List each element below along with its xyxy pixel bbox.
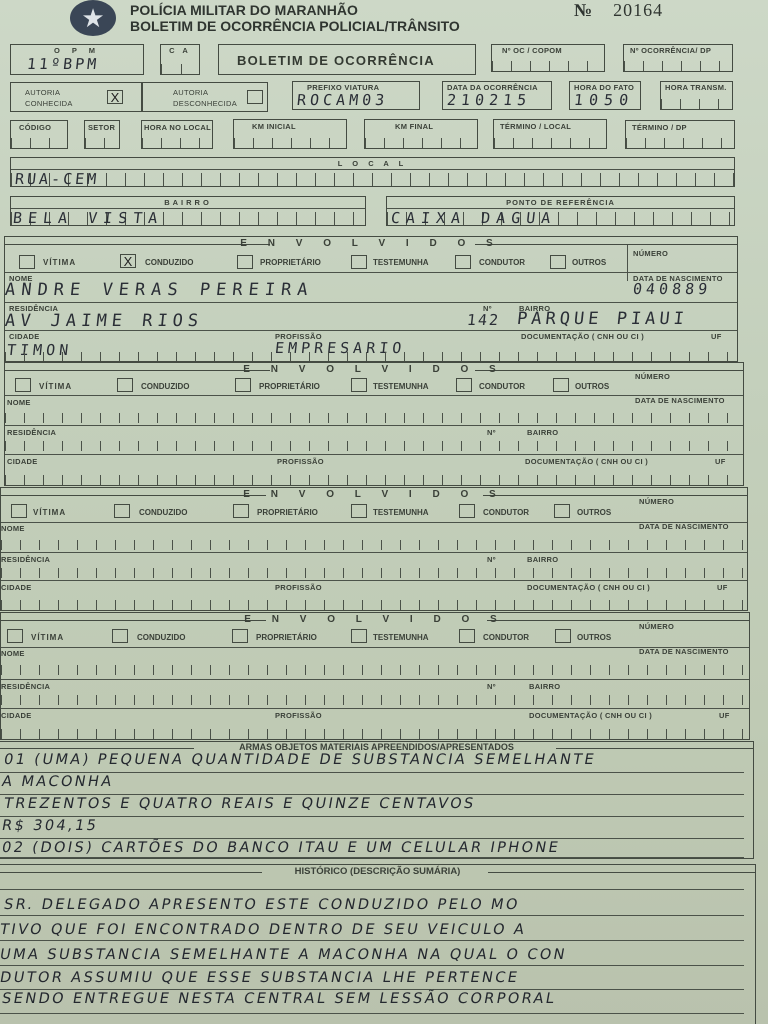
envolvido-2-section: E N V O L V I D O S VÍTIMA CONDUZIDO PRO… — [4, 362, 744, 486]
condutor-label: CONDUTOR — [479, 258, 525, 267]
local-value: RUA-CEM — [14, 170, 100, 188]
profissao-label: PROFISSÃO — [275, 583, 322, 592]
conduzido-label: CONDUZIDO — [145, 258, 193, 267]
numero-value: 142 — [466, 311, 501, 329]
armas-line: 02 (DOIS) CARTÕES DO BANCO ITAU E UM CEL… — [1, 840, 562, 856]
vitima-label: VÍTIMA — [39, 382, 72, 391]
data-nascimento-label: DATA DE NASCIMENTO — [639, 522, 729, 531]
hora-fato-value: 1050 — [573, 91, 635, 109]
numero-label: NÚMERO — [633, 249, 668, 258]
testemunha-label: TESTEMUNHA — [373, 382, 429, 391]
profissao-label: PROFISSÃO — [275, 711, 322, 720]
vitima-label: VÍTIMA — [31, 633, 64, 642]
nome-value: ANDRE VERAS PEREIRA — [4, 280, 315, 300]
envolvidos-title: E N V O L V I D O S — [5, 364, 743, 375]
historico-section: HISTÓRICO (DESCRIÇÃO SUMÁRIA) SR. DELEGA… — [0, 864, 756, 1024]
oc-copom-field[interactable]: Nº OC / COPOM — [491, 44, 605, 72]
outros-checkbox[interactable] — [550, 255, 566, 269]
nome-label: NOME — [1, 649, 25, 658]
form-name: BOLETIM DE OCORRÊNCIA POLICIAL/TRÂNSITO — [130, 18, 460, 34]
ponto-referencia-field[interactable]: PONTO DE REFERÊNCIA CAIXA DAGUA — [386, 196, 735, 226]
codigo-label: CÓDIGO — [19, 123, 51, 132]
hora-fato-field[interactable]: HORA DO FATO 1050 — [569, 81, 641, 110]
nome-label: NOME — [1, 524, 25, 533]
bairro-label: BAIRRO — [529, 682, 560, 691]
bairro-label: BAIRRO — [11, 198, 365, 207]
numero-residencia-label: Nº — [487, 682, 496, 691]
condutor-label: CONDUTOR — [479, 382, 525, 391]
vitima-checkbox[interactable] — [11, 504, 27, 518]
checkbox-mark: X — [111, 90, 120, 105]
residencia-label: RESIDÊNCIA — [1, 682, 50, 691]
documentacao-label: DOCUMENTAÇÃO ( CNH OU CI ) — [525, 457, 648, 466]
termino-dp-label: TÉRMINO / DP — [632, 123, 687, 132]
numero-residencia-label: Nº — [487, 555, 496, 564]
historico-line: SENDO ENTREGUE NESTA CENTRAL SEM LESSÃO … — [1, 991, 558, 1007]
condutor-checkbox[interactable] — [459, 629, 475, 643]
ca-field[interactable]: C A — [160, 44, 200, 75]
condutor-checkbox[interactable] — [455, 255, 471, 269]
numero-residencia-label: Nº — [487, 428, 496, 437]
outros-label: OUTROS — [575, 382, 609, 391]
uf-label: UF — [717, 583, 728, 592]
header-title: POLÍCIA MILITAR DO MARANHÃO BOLETIM DE O… — [130, 2, 460, 34]
opm-value: 11ºBPM — [26, 55, 100, 73]
outros-checkbox[interactable] — [553, 378, 569, 392]
conduzido-checkbox[interactable]: X — [120, 254, 136, 268]
armas-line: A MACONHA — [1, 774, 115, 790]
envolvido-4-section: E N V O L V I D O S VÍTIMA CONDUZIDO PRO… — [0, 612, 750, 740]
form-title: BOLETIM DE OCORRÊNCIA — [237, 53, 435, 68]
conduzido-checkbox[interactable] — [114, 504, 130, 518]
outros-checkbox[interactable] — [554, 504, 570, 518]
historico-line: UMA SUBSTANCIA SEMELHANTE A MACONHA NA Q… — [0, 947, 568, 963]
vitima-label: VÍTIMA — [33, 508, 66, 517]
bairro-label: BAIRRO — [527, 428, 558, 437]
numero-label: NÚMERO — [635, 372, 670, 381]
proprietario-label: PROPRIETÁRIO — [256, 633, 317, 642]
cidade-label: CIDADE — [7, 457, 38, 466]
termino-dp-field[interactable]: TÉRMINO / DP — [625, 120, 735, 149]
prefixo-viatura-field[interactable]: PREFIXO VIATURA ROCAM03 — [292, 81, 420, 110]
opm-field[interactable]: O P M 11ºBPM — [10, 44, 144, 75]
armas-title: ARMAS OBJETOS MATERIAIS APREENDIDOS/APRE… — [0, 742, 753, 752]
hora-transm-label: HORA TRANSM. — [665, 83, 727, 92]
outros-label: OUTROS — [572, 258, 606, 267]
testemunha-checkbox[interactable] — [351, 378, 367, 392]
referencia-label: PONTO DE REFERÊNCIA — [387, 198, 734, 207]
uf-label: UF — [719, 711, 730, 720]
bairro-field[interactable]: BAIRRO BELA VISTA — [10, 196, 366, 226]
proprietario-checkbox[interactable] — [232, 629, 248, 643]
uf-label: UF — [715, 457, 726, 466]
setor-field[interactable]: SETOR — [84, 120, 120, 149]
numero-label: NÚMERO — [639, 497, 674, 506]
autoria-desconhecida-label: AUTORIA DESCONHECIDA — [173, 87, 243, 109]
km-inicial-label: KM INICIAL — [252, 122, 296, 131]
documentacao-label: DOCUMENTAÇÃO ( CNH OU CI ) — [527, 583, 650, 592]
data-ocorrencia-field[interactable]: DATA DA OCORRÊNCIA 210215 — [442, 81, 552, 110]
ca-label: C A — [161, 46, 199, 55]
opm-label: O P M — [11, 46, 143, 55]
vitima-checkbox[interactable] — [19, 255, 35, 269]
form-title-box: BOLETIM DE OCORRÊNCIA — [218, 44, 476, 75]
documentacao-label: DOCUMENTAÇÃO ( CNH OU CI ) — [521, 332, 644, 341]
conduzido-label: CONDUZIDO — [141, 382, 189, 391]
hora-local-field[interactable]: HORA NO LOCAL — [141, 120, 213, 149]
vitima-checkbox[interactable] — [15, 378, 31, 392]
prefixo-viatura-value: ROCAM03 — [296, 91, 389, 109]
conduzido-label: CONDUZIDO — [137, 633, 185, 642]
proprietario-label: PROPRIETÁRIO — [257, 508, 318, 517]
condutor-checkbox[interactable] — [456, 378, 472, 392]
testemunha-checkbox[interactable] — [351, 504, 367, 518]
form-number-value: 20164 — [613, 0, 663, 20]
ocorrencia-dp-field[interactable]: Nº OCORRÊNCIA/ DP — [623, 44, 733, 72]
conduzido-label: CONDUZIDO — [139, 508, 187, 517]
autoria-desconhecida-field[interactable]: AUTORIA DESCONHECIDA — [142, 82, 268, 112]
autoria-desconhecida-checkbox[interactable] — [247, 90, 263, 104]
testemunha-label: TESTEMUNHA — [373, 508, 429, 517]
cidade-label: CIDADE — [1, 711, 32, 720]
bairro-label: BAIRRO — [527, 555, 558, 564]
org-name: POLÍCIA MILITAR DO MARANHÃO — [130, 2, 460, 18]
numero-label: NÚMERO — [639, 622, 674, 631]
vitima-checkbox[interactable] — [7, 629, 23, 643]
data-ocorrencia-value: 210215 — [446, 91, 532, 109]
historico-line: TIVO QUE FOI ENCONTRADO DENTRO DE SEU VE… — [0, 922, 528, 938]
conduzido-checkbox[interactable] — [112, 629, 128, 643]
testemunha-checkbox[interactable] — [351, 629, 367, 643]
police-report-form: ★ POLÍCIA MILITAR DO MARANHÃO BOLETIM DE… — [0, 0, 768, 1024]
km-inicial-field[interactable]: KM INICIAL — [233, 119, 347, 149]
outros-label: OUTROS — [577, 508, 611, 517]
oc-copom-label: Nº OC / COPOM — [502, 46, 562, 55]
data-nascimento-value: 040889 — [632, 280, 712, 298]
testemunha-label: TESTEMUNHA — [373, 258, 429, 267]
proprietario-checkbox[interactable] — [237, 255, 253, 269]
star-badge-icon: ★ — [70, 0, 116, 36]
residencia-label: RESIDÊNCIA — [7, 428, 56, 437]
cidade-label: CIDADE — [9, 332, 40, 341]
autoria-conhecida-label: AUTORIA CONHECIDA — [25, 87, 85, 109]
cidade-label: CIDADE — [1, 583, 32, 592]
testemunha-checkbox[interactable] — [351, 255, 367, 269]
proprietario-label: PROPRIETÁRIO — [259, 382, 320, 391]
termino-local-field[interactable]: TÉRMINO / LOCAL — [493, 119, 607, 149]
proprietario-label: PROPRIETÁRIO — [260, 258, 321, 267]
km-final-label: KM FINAL — [395, 122, 433, 131]
condutor-checkbox[interactable] — [459, 504, 475, 518]
armas-line: TREZENTOS E QUATRO REAIS E QUINZE CENTAV… — [3, 796, 477, 812]
codigo-field[interactable]: CÓDIGO — [10, 120, 68, 149]
documentacao-label: DOCUMENTAÇÃO ( CNH OU CI ) — [529, 711, 652, 720]
hora-local-label: HORA NO LOCAL — [144, 123, 211, 132]
armas-line: 01 (UMA) PEQUENA QUANTIDADE DE SUBSTANCI… — [3, 752, 598, 768]
testemunha-label: TESTEMUNHA — [373, 633, 429, 642]
checkbox-mark: X — [124, 254, 133, 269]
proprietario-checkbox[interactable] — [233, 504, 249, 518]
local-label: L O C A L — [11, 159, 734, 168]
uf-label: UF — [711, 332, 722, 341]
proprietario-checkbox[interactable] — [235, 378, 251, 392]
autoria-conhecida-checkbox[interactable]: X — [107, 90, 123, 104]
residencia-label: RESIDÊNCIA — [1, 555, 50, 564]
bairro-value: BELA VISTA — [12, 209, 164, 227]
condutor-label: CONDUTOR — [483, 633, 529, 642]
residencia-value: AV JAIME RIOS — [4, 311, 204, 331]
envolvido-3-section: E N V O L V I D O S VÍTIMA CONDUZIDO PRO… — [0, 487, 748, 611]
outros-checkbox[interactable] — [555, 629, 571, 643]
data-nascimento-label: DATA DE NASCIMENTO — [635, 396, 725, 405]
historico-title: HISTÓRICO (DESCRIÇÃO SUMÁRIA) — [0, 866, 755, 877]
number-symbol: № — [574, 0, 593, 20]
armas-objetos-section: ARMAS OBJETOS MATERIAIS APREENDIDOS/APRE… — [0, 741, 754, 859]
profissao-label: PROFISSÃO — [277, 457, 324, 466]
nome-label: NOME — [7, 398, 31, 407]
envolvido-1-section: E N V O L V I D O S VÍTIMA X CONDUZIDO P… — [4, 236, 738, 362]
envolvidos-title: E N V O L V I D O S — [1, 614, 749, 625]
setor-label: SETOR — [88, 123, 115, 132]
referencia-value: CAIXA DAGUA — [390, 209, 557, 227]
data-nascimento-label: DATA DE NASCIMENTO — [639, 647, 729, 656]
outros-label: OUTROS — [577, 633, 611, 642]
historico-line: DUTOR ASSUMIU QUE ESSE SUBSTANCIA LHE PE… — [0, 970, 521, 986]
hora-transm-field[interactable]: HORA TRANSM. — [660, 81, 733, 110]
local-field[interactable]: L O C A L RUA-CEM — [10, 157, 735, 187]
autoria-conhecida-field[interactable]: AUTORIA CONHECIDA X — [10, 82, 142, 112]
bairro-value: PARQUE PIAUI — [516, 309, 689, 329]
form-number: №20164 — [574, 0, 663, 21]
armas-line: R$ 304,15 — [1, 818, 100, 834]
vitima-label: VÍTIMA — [43, 258, 76, 267]
conduzido-checkbox[interactable] — [117, 378, 133, 392]
envolvidos-title: E N V O L V I D O S — [1, 489, 747, 500]
termino-local-label: TÉRMINO / LOCAL — [500, 122, 571, 131]
historico-line: SR. DELEGADO APRESENTO ESTE CONDUZIDO PE… — [3, 897, 521, 913]
condutor-label: CONDUTOR — [483, 508, 529, 517]
km-final-field[interactable]: KM FINAL — [364, 119, 478, 149]
ocorrencia-dp-label: Nº OCORRÊNCIA/ DP — [630, 46, 711, 55]
